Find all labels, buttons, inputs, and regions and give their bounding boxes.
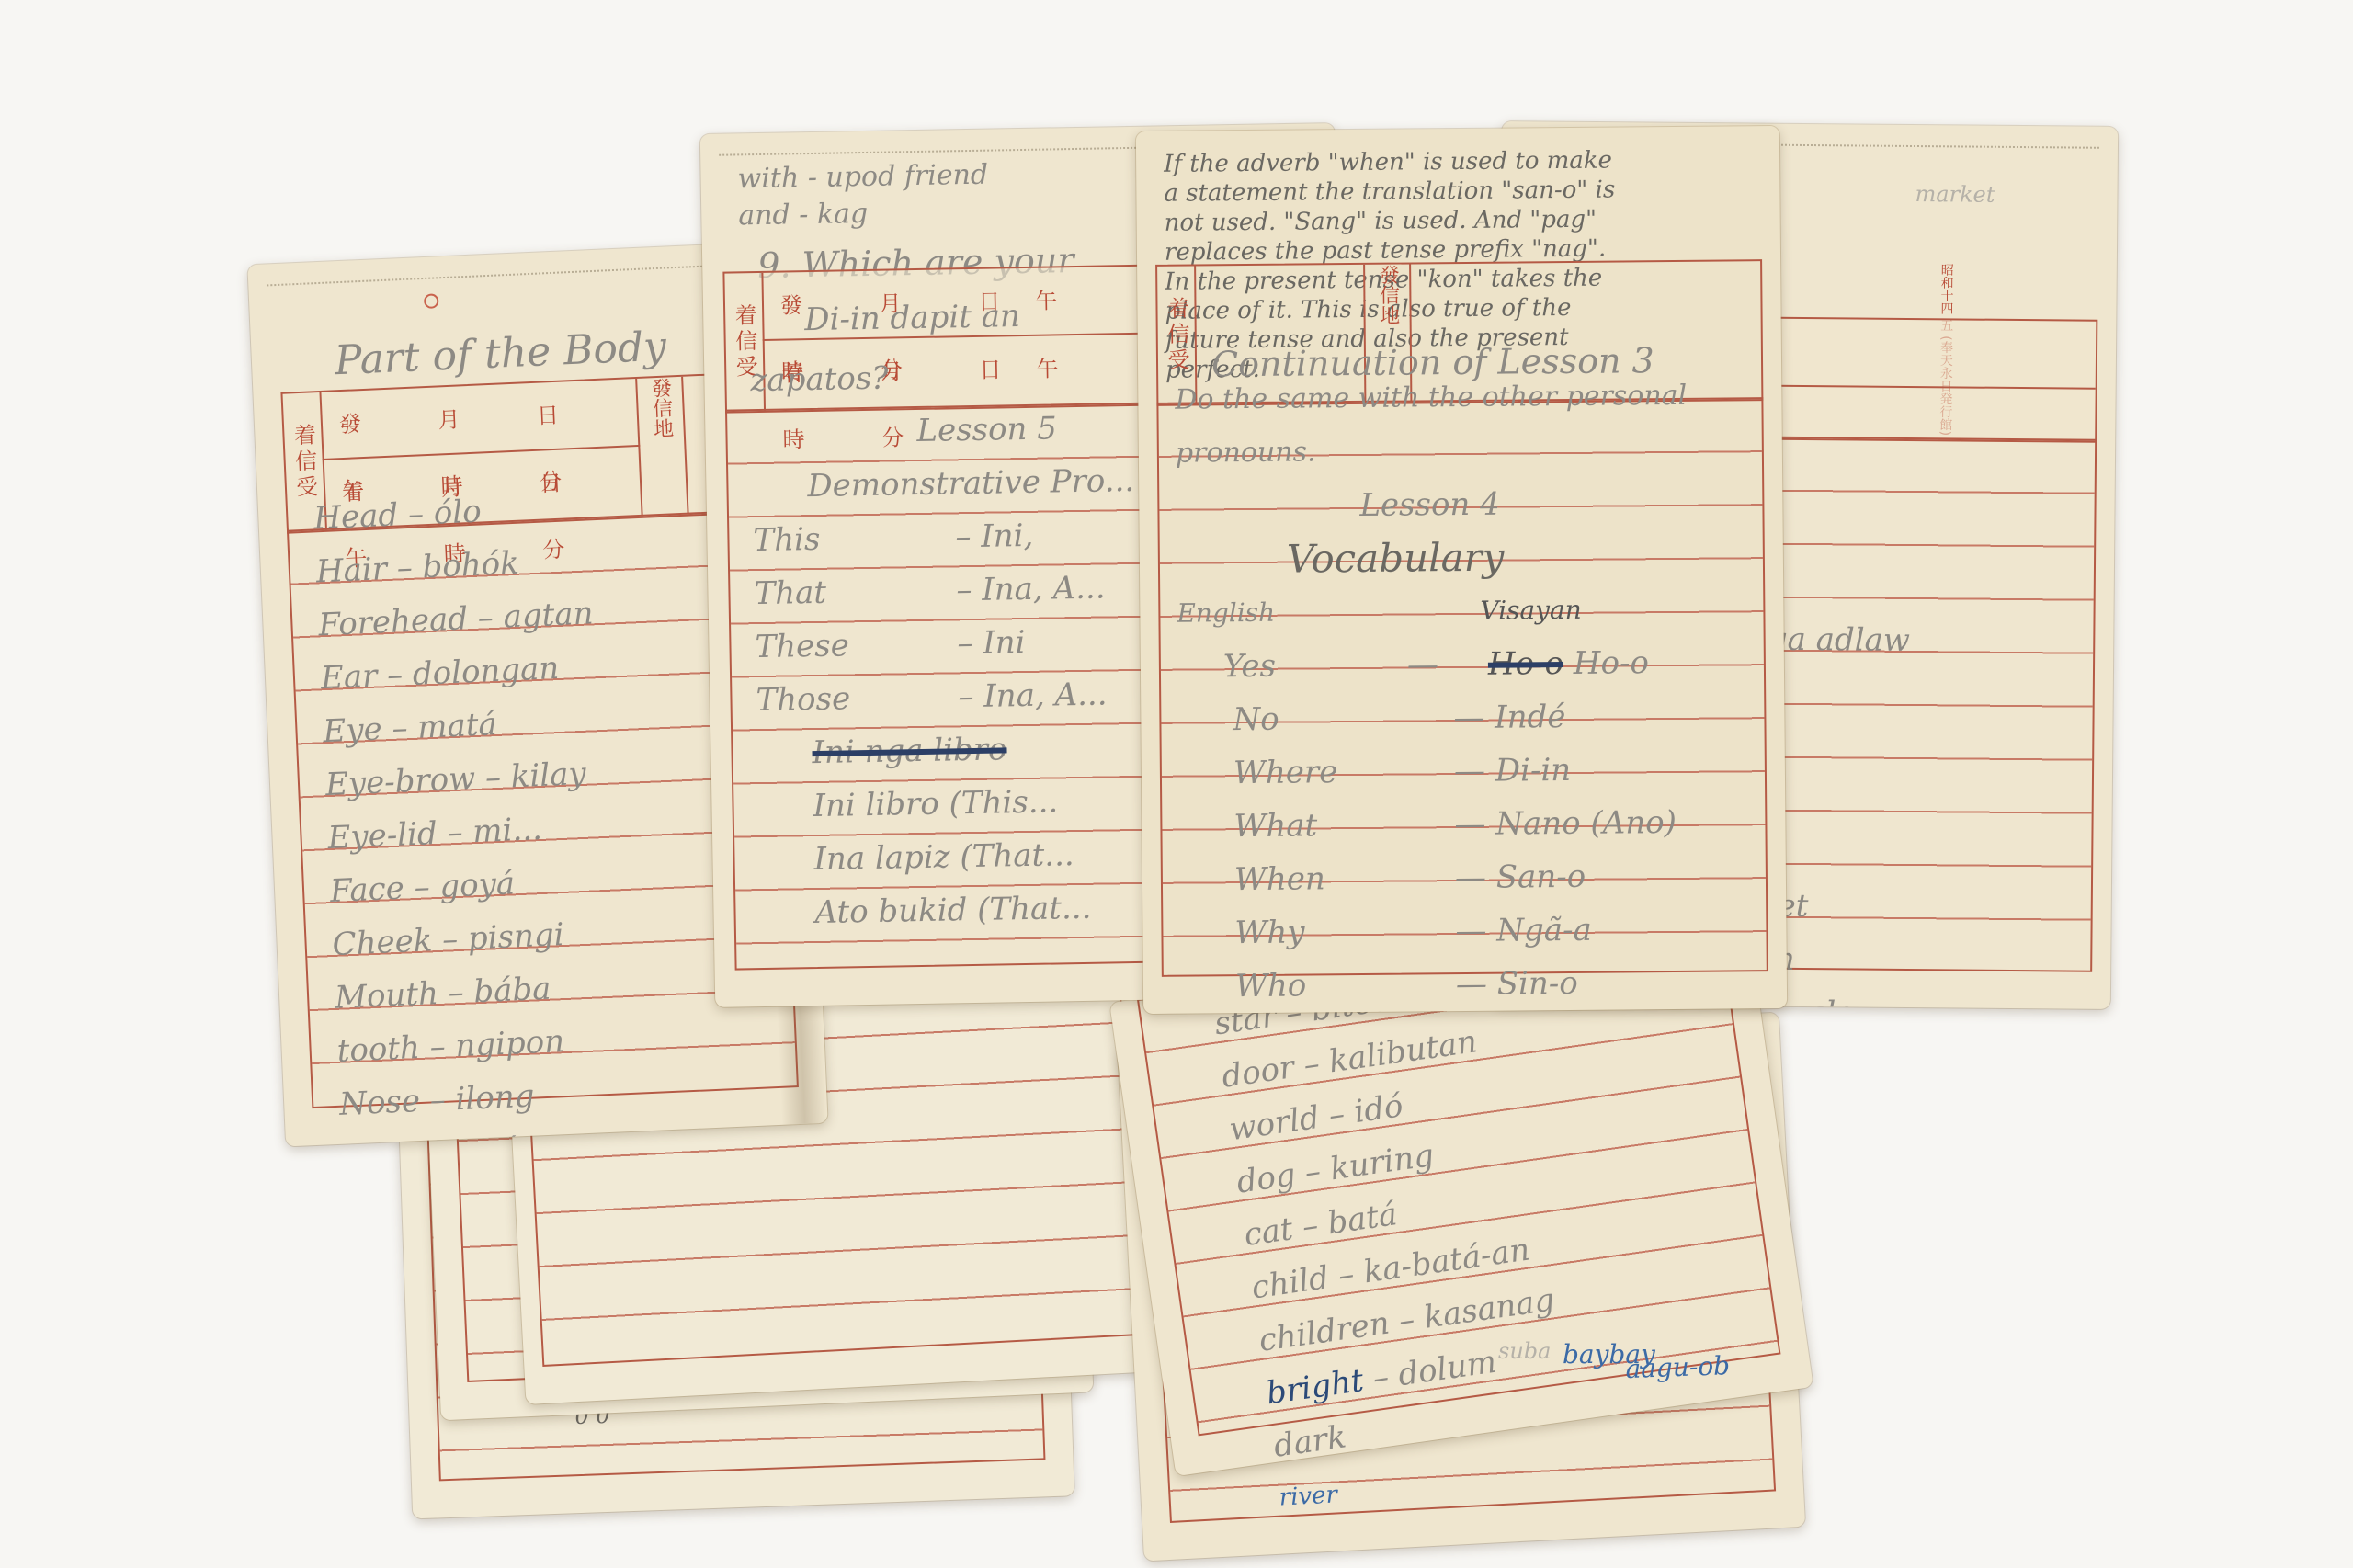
example-line: Ato bukid (That... [759, 881, 1142, 940]
example-line: Ini libro (This... [757, 774, 1141, 834]
vocab-row: When— San-o [1179, 849, 1722, 907]
instruction-line: pronouns. [1176, 423, 1718, 481]
vocab-row: What— Nano (Ano) [1178, 796, 1721, 854]
note-line: a statement the translation "san-o" is [1164, 176, 1615, 209]
pencil-note-suba: suba [1498, 1337, 1551, 1365]
blank-line [760, 934, 1143, 994]
instruction-line: Do the same with the other personal [1175, 369, 1717, 427]
punch-hole [424, 293, 439, 309]
note-line: not used. "Sang" is used. And "pag" [1165, 205, 1616, 238]
vocabulary-title: Vocabulary [1176, 529, 1719, 587]
struck-out-line: Ini nga libro [756, 721, 1140, 780]
column-headers: EnglishVisayan [1176, 583, 1719, 641]
lesson-5-6-content: zapatos? Lesson 5 Demonstrative Pro... T… [750, 347, 1148, 1007]
vocab-row: Where— Di-in [1178, 743, 1721, 801]
form-side-label: 發信地 [635, 377, 688, 517]
lesson4-title: Lesson 4 [1176, 476, 1718, 534]
answer-9-line2: zapatos? [750, 347, 1133, 407]
pronoun-row: That– Ina, A... [754, 561, 1137, 620]
answer-9-line1: Di-in dapit an [804, 290, 1020, 347]
river-note: river [1278, 1468, 1338, 1524]
top-line: and - kag [738, 194, 989, 235]
vocab-row: Why— Ngã-a [1179, 903, 1722, 960]
ink-note-baybay: baybay [1563, 1328, 1655, 1381]
pronoun-row: This– Ini, [753, 507, 1136, 567]
lesson5-title: Lesson 5 [751, 401, 1134, 460]
vocab-row: Who— Sin-o [1180, 956, 1722, 1014]
top-word: market [1915, 180, 1995, 209]
lesson5-subtitle: Demonstrative Pro... [752, 454, 1135, 514]
perforation-line [267, 262, 772, 286]
vocab-row: No— Indé [1177, 689, 1720, 747]
pronoun-row: These– Ini [755, 614, 1138, 674]
example-line: Ina lapiz (That... [758, 827, 1142, 887]
top-line: with - upod friend [737, 157, 988, 199]
pronoun-row: Those– Ina, A... [756, 667, 1139, 727]
sheet-lesson-4-vocabulary: If the adverb "when" is used to make a s… [1136, 126, 1787, 1014]
vocab-row: Yes— Ho-o Ho-o [1177, 636, 1720, 694]
vocabulary-content: Do the same with the other personal pron… [1175, 369, 1723, 1014]
note-line: If the adverb "when" is used to make [1164, 146, 1615, 179]
body-parts-list: Head – ólo Hair – bohók Forehead – agtan… [313, 480, 631, 1146]
top-vocab-lines: with - upod friend and - kag [737, 157, 989, 235]
